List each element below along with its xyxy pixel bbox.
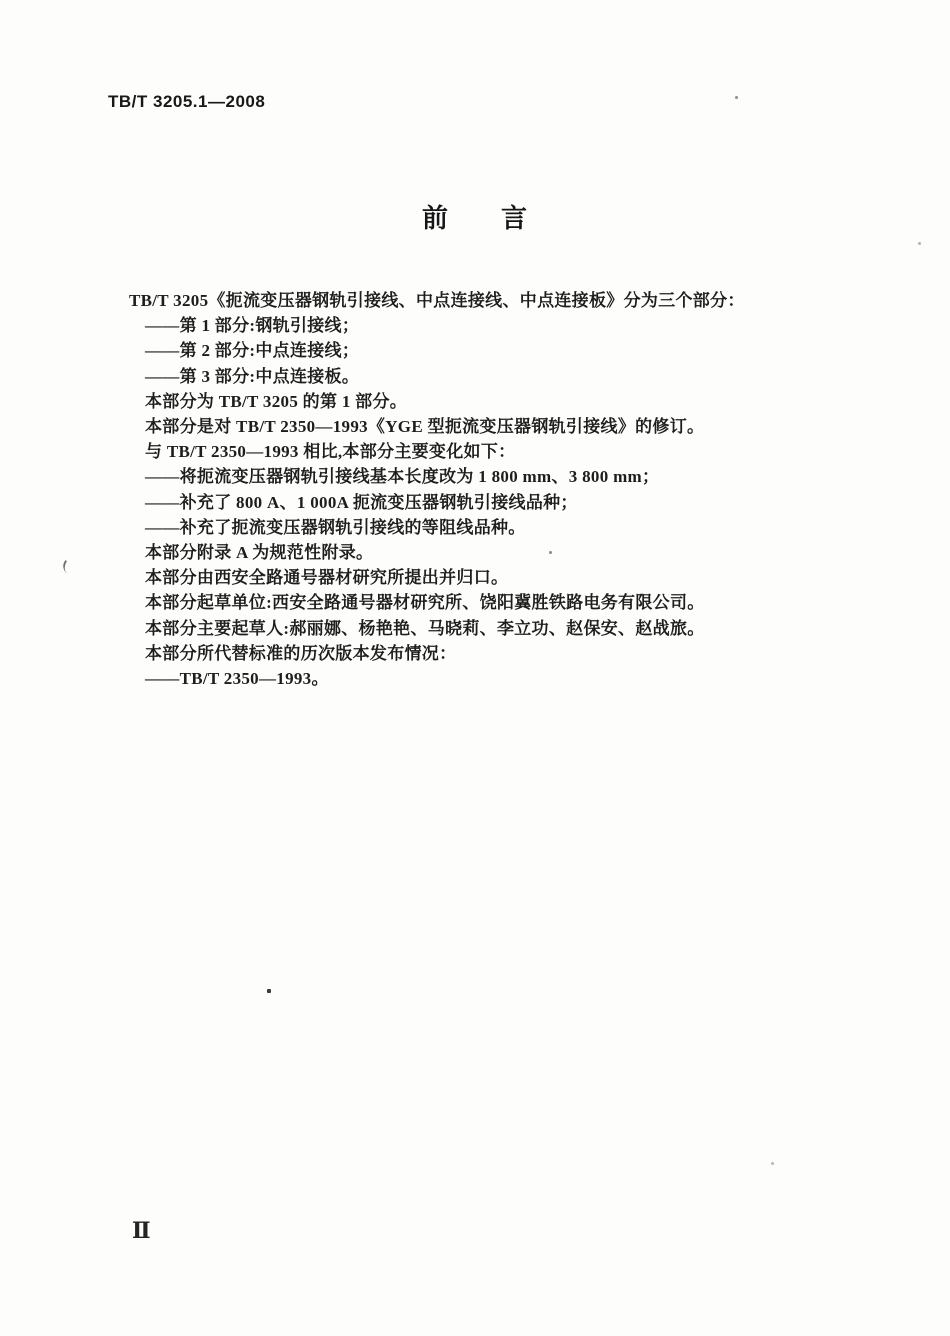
text-line: 本部分由西安全路通号器材研究所提出并归口。 xyxy=(0,565,950,590)
text-line: ——补充了扼流变压器钢轨引接线的等阻线品种。 xyxy=(0,515,950,540)
text-line: 本部分主要起草人:郝丽娜、杨艳艳、马晓莉、李立功、赵保安、赵战旅。 xyxy=(0,616,950,641)
text-line: ——第 1 部分:钢轨引接线； xyxy=(0,313,950,338)
page-title-char-right: 言 xyxy=(501,203,528,233)
page-number: Ⅱ xyxy=(132,1218,151,1244)
text-line: 与 TB/T 2350—1993 相比,本部分主要变化如下： xyxy=(0,439,950,464)
scan-speck xyxy=(549,551,552,554)
page-title: 前言 xyxy=(0,198,950,235)
page-title-char-left: 前 xyxy=(422,203,449,233)
text-line: ——第 3 部分:中点连接板。 xyxy=(0,364,950,389)
text-line: 本部分所代替标准的历次版本发布情况： xyxy=(0,641,950,666)
foreword-body: TB/T 3205《扼流变压器钢轨引接线、中点连接线、中点连接板》分为三个部分：… xyxy=(0,288,950,691)
scan-speck xyxy=(267,989,271,993)
text-line: ——第 2 部分:中点连接线； xyxy=(0,338,950,363)
text-line: 本部分是对 TB/T 2350—1993《YGE 型扼流变压器钢轨引接线》的修订… xyxy=(0,414,950,439)
scan-speck xyxy=(771,1162,774,1165)
text-line: 本部分起草单位:西安全路通号器材研究所、饶阳冀胜铁路电务有限公司。 xyxy=(0,590,950,615)
standard-number: TB/T 3205.1—2008 xyxy=(108,92,265,112)
text-line: ——补充了 800 A、1 000A 扼流变压器钢轨引接线品种； xyxy=(0,490,950,515)
text-line: ——将扼流变压器钢轨引接线基本长度改为 1 800 mm、3 800 mm； xyxy=(0,464,950,489)
scan-speck xyxy=(918,242,921,245)
text-line: ——TB/T 2350—1993。 xyxy=(0,666,950,691)
text-line: 本部分附录 A 为规范性附录。 xyxy=(0,540,950,565)
text-line: 本部分为 TB/T 3205 的第 1 部分。 xyxy=(0,389,950,414)
text-line: TB/T 3205《扼流变压器钢轨引接线、中点连接线、中点连接板》分为三个部分： xyxy=(0,288,950,313)
document-page: TB/T 3205.1—2008 前言 TB/T 3205《扼流变压器钢轨引接线… xyxy=(0,0,950,1336)
scan-speck xyxy=(735,96,738,99)
